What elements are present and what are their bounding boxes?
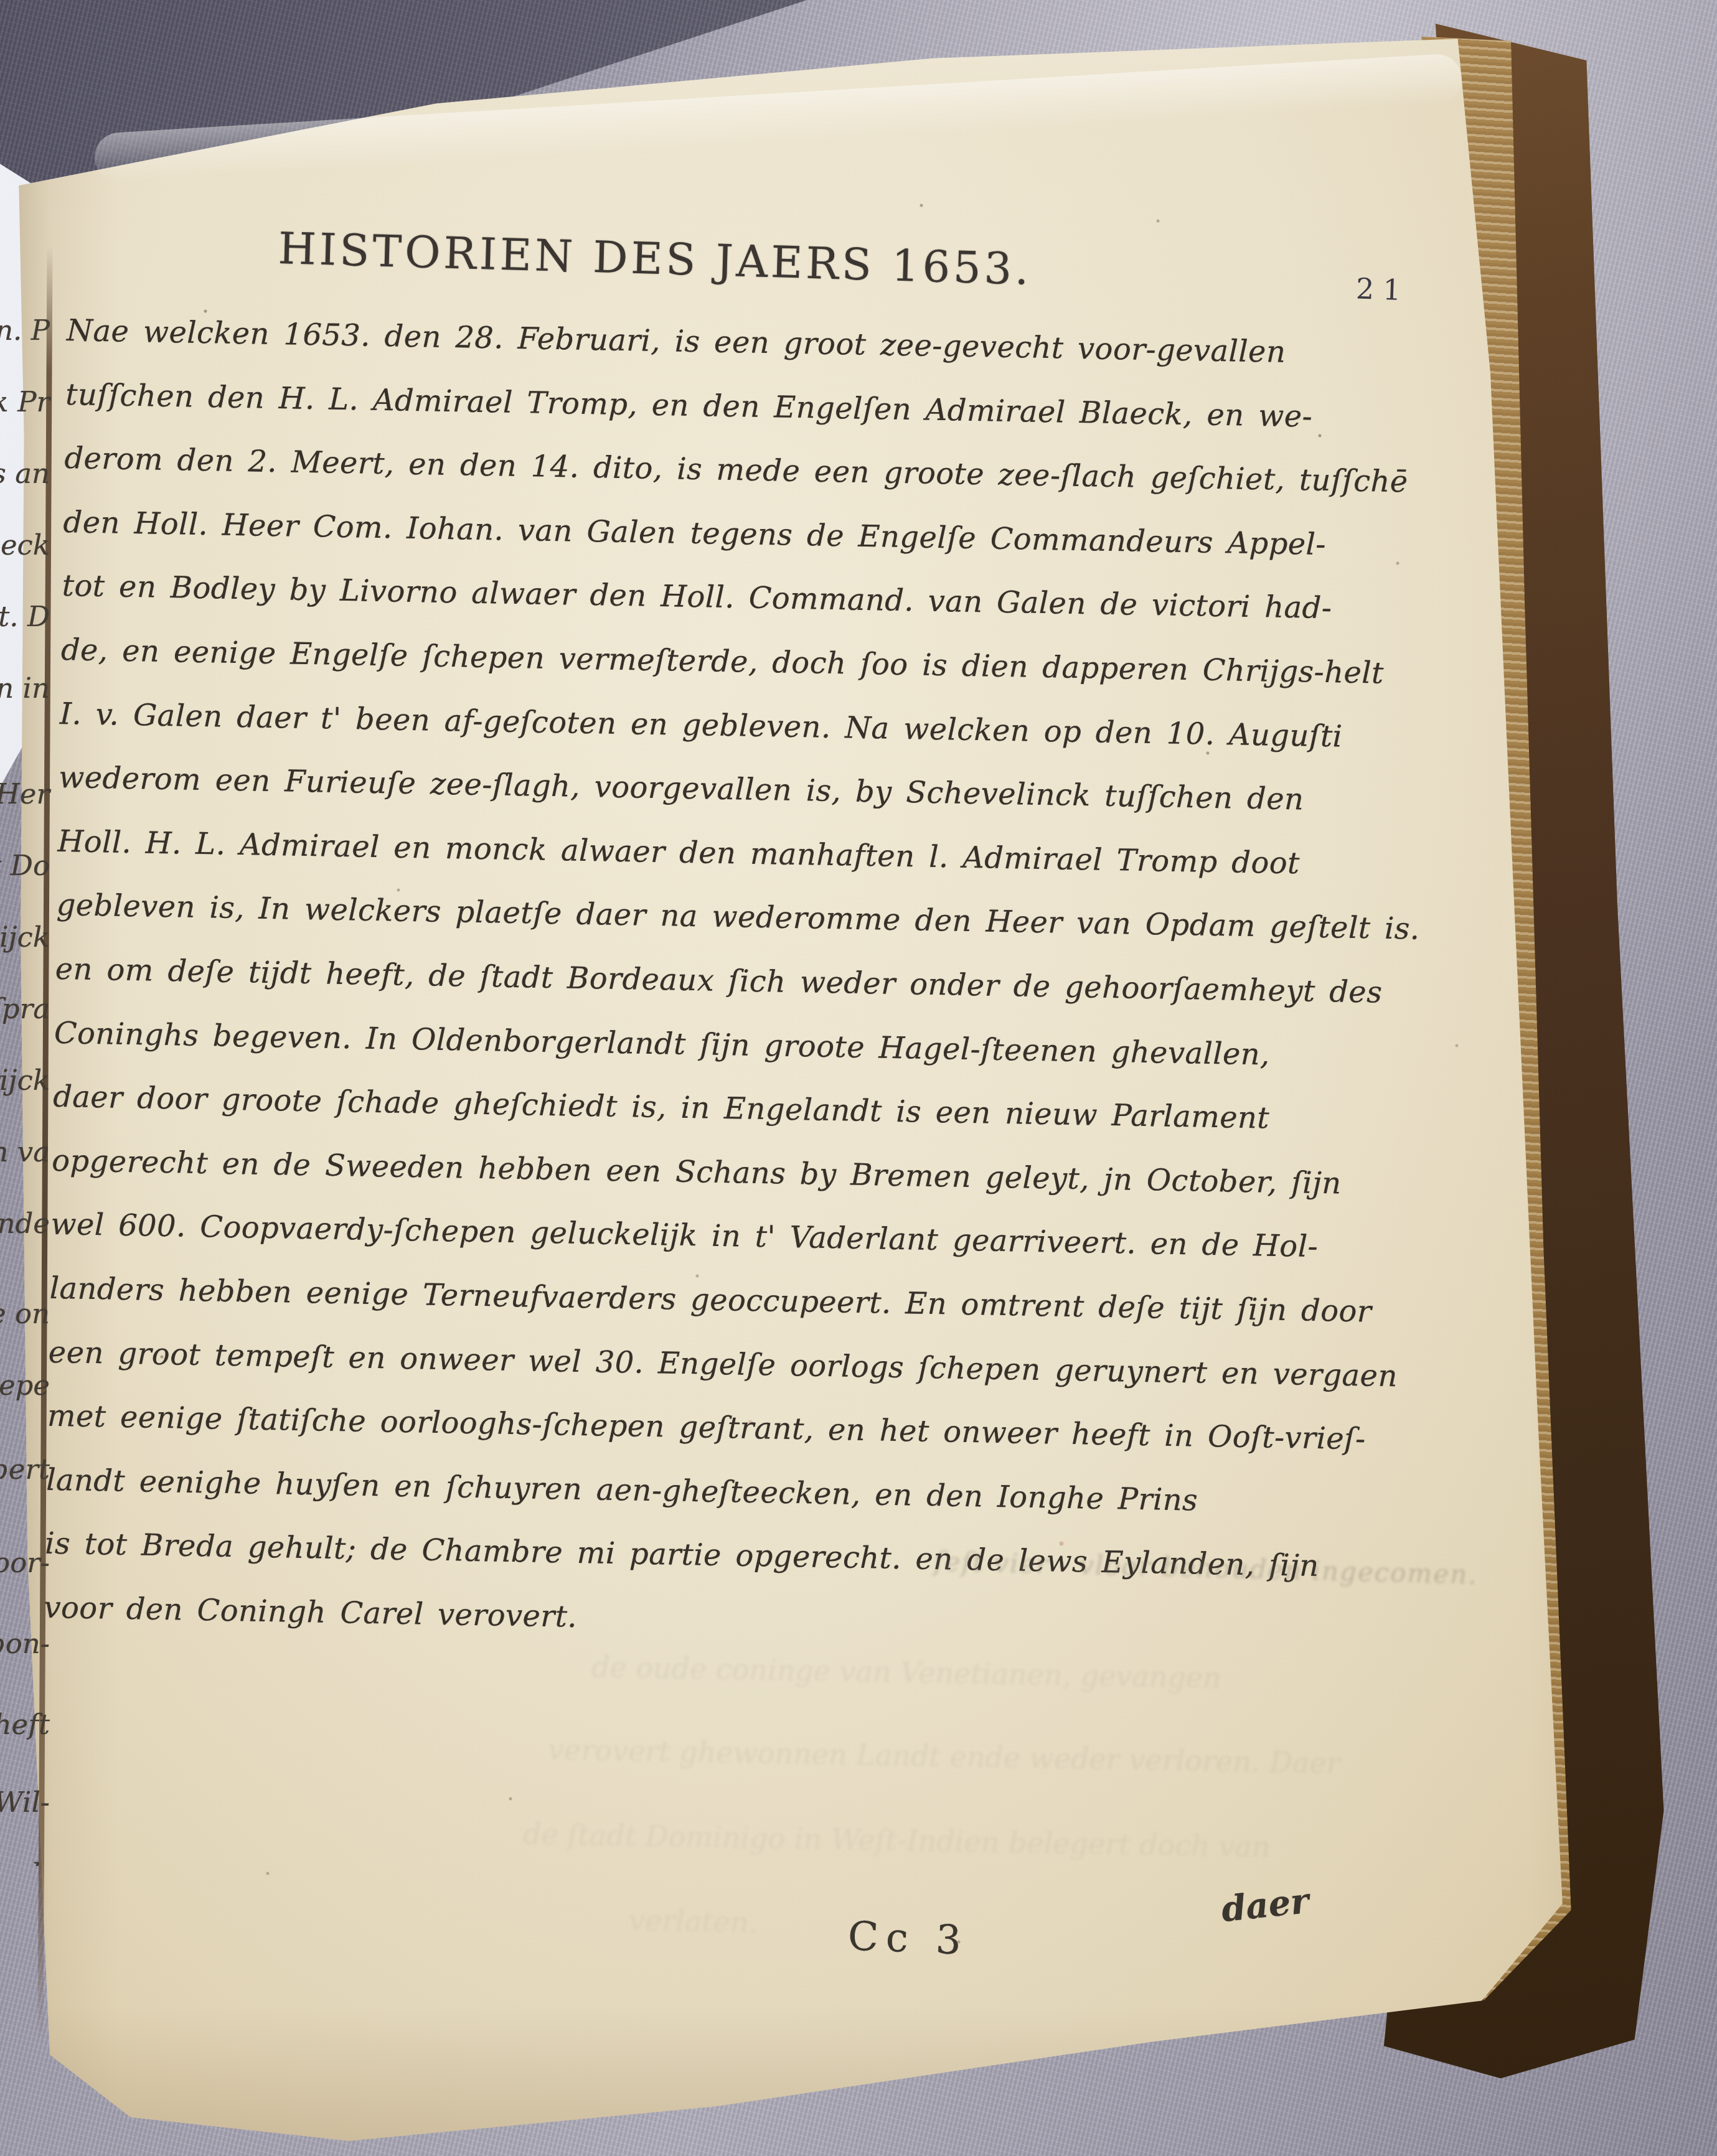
fragment: el bon-	[0, 1629, 50, 1657]
fragment: rſeeck	[0, 531, 50, 559]
fragment: geſpra	[0, 995, 50, 1023]
fragment: is an	[0, 459, 50, 487]
fragment: ert. D	[0, 602, 50, 630]
fragment: er heft	[0, 1710, 50, 1738]
fragment: den oor-	[0, 1549, 50, 1577]
fragment: gen in	[0, 674, 50, 702]
fragment: eft inde	[0, 1209, 50, 1237]
fragment: n. P	[0, 316, 50, 344]
fragment: . Her	[0, 780, 50, 808]
fragment: krijck	[0, 1066, 50, 1094]
fragment: Robert	[0, 1455, 50, 1483]
fragment: ſcheepe	[0, 1371, 50, 1399]
signature-mark: Cc 3	[847, 1913, 970, 1964]
fragment: ck Pr	[0, 388, 50, 416]
fragment: ſgelijck	[0, 923, 50, 951]
fragment: Wil-	[0, 1788, 50, 1816]
page-number: 21	[1355, 272, 1410, 307]
fragment: ot Do	[0, 851, 50, 879]
body-text-block: Nae welcken 1653. den 28. Februari, is e…	[44, 299, 1437, 1664]
fragment: gen al-	[0, 1860, 50, 1866]
fragment: iten va	[0, 1138, 50, 1166]
book-photo-scene: HISTORIEN DES JAERS 1653. 21 n. P ck Pr …	[0, 0, 1717, 2156]
ink-showthrough-line: verlaten.	[629, 1903, 758, 1939]
fragment: otie on	[0, 1300, 50, 1328]
